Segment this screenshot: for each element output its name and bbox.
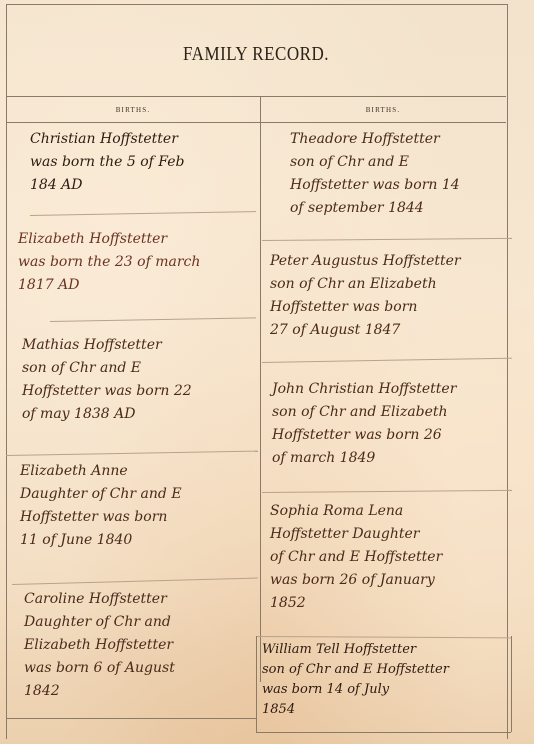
birth-entry: Sophia Roma Lena Hoffstetter Daughter of… <box>270 500 510 615</box>
birth-entry: Theadore Hoffstetter son of Chr and E Ho… <box>290 128 510 220</box>
birth-entry: Christian Hoffstetter was born the 5 of … <box>30 128 260 197</box>
column-header-left: BIRTHS. <box>6 99 260 121</box>
birth-entry: Peter Augustus Hoffstetter son of Chr an… <box>270 250 510 342</box>
divider <box>6 96 506 97</box>
divider <box>256 732 511 733</box>
divider <box>6 122 506 123</box>
box-edge <box>511 636 512 732</box>
page-title: FAMILY RECORD. <box>6 43 506 66</box>
record-page: FAMILY RECORD. BIRTHS. BIRTHS. Christian… <box>0 0 534 744</box>
birth-entry: Mathias Hoffstetter son of Chr and E Hof… <box>22 334 260 426</box>
birth-entry: William Tell Hoffstetter son of Chr and … <box>262 640 522 720</box>
birth-entry: Elizabeth Anne Daughter of Chr and E Hof… <box>20 460 258 552</box>
column-header-right: BIRTHS. <box>260 99 506 121</box>
birth-entry: Caroline Hoffstetter Daughter of Chr and… <box>24 588 264 703</box>
birth-entry: John Christian Hoffstetter son of Chr an… <box>272 378 512 470</box>
box-edge <box>256 636 257 732</box>
divider <box>6 718 256 719</box>
birth-entry: Elizabeth Hoffstetter was born the 23 of… <box>18 228 263 297</box>
